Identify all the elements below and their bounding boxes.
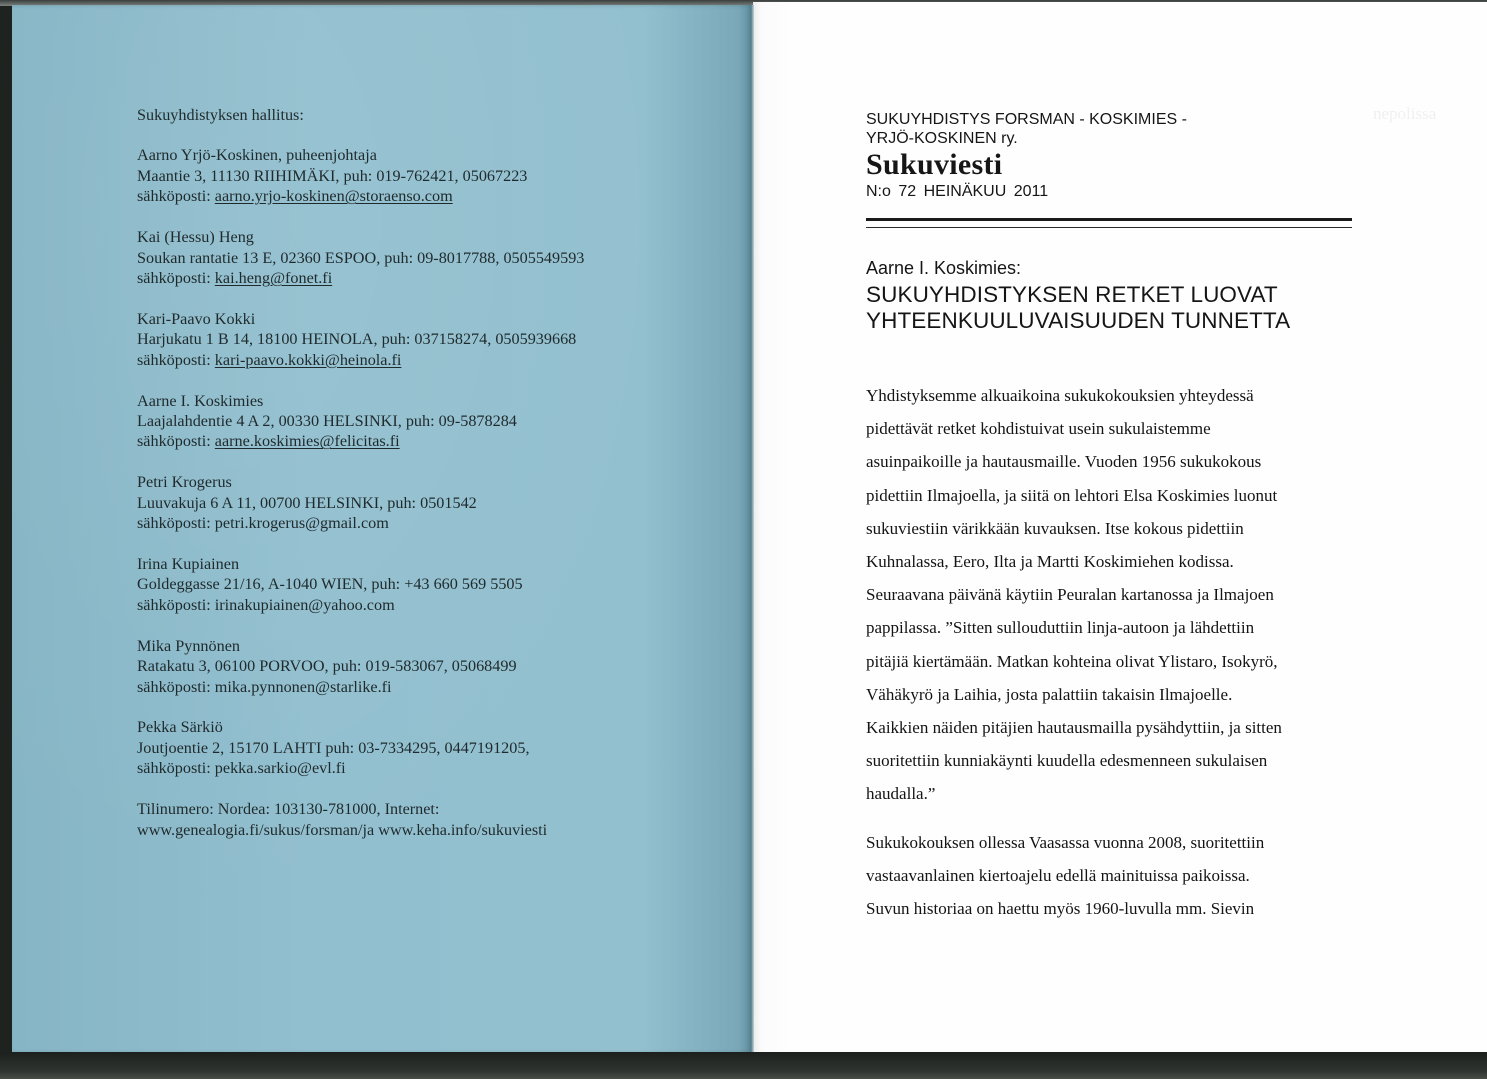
member-email[interactable]: aarne.koskimies@felicitas.fi	[215, 432, 400, 450]
member-address: Soukan rantatie 13 E, 02360 ESPOO, puh: …	[137, 248, 697, 268]
email-label: sähköposti:	[137, 351, 215, 369]
paragraph-line: pidettävät retket kohdistuivat usein suk…	[866, 412, 1386, 445]
board-member: Kai (Hessu) HengSoukan rantatie 13 E, 02…	[137, 227, 697, 288]
member-address: Joutjoentie 2, 15170 LAHTI puh: 03-73342…	[137, 738, 697, 758]
article-title: SUKUYHDISTYKSEN RETKET LUOVAT YHTEENKUUL…	[866, 282, 1426, 333]
email-label: sähköposti:	[137, 432, 215, 450]
email-label: sähköposti:	[137, 187, 215, 205]
website-links-line: www.genealogia.fi/sukus/forsman/ja www.k…	[137, 820, 697, 840]
email-label: sähköposti:	[137, 596, 215, 614]
board-member: Aarne I. KoskimiesLaajalahdentie 4 A 2, …	[137, 391, 697, 452]
member-name: Aarne I. Koskimies	[137, 391, 697, 411]
member-address: Goldeggasse 21/16, A-1040 WIEN, puh: +43…	[137, 574, 697, 594]
paragraph-line: pappilassa. ”Sitten sullouduttiin linja-…	[866, 611, 1386, 644]
board-heading: Sukuyhdistyksen hallitus:	[137, 105, 697, 125]
left-page-board-contacts: Sukuyhdistyksen hallitus: Aarno Yrjö-Kos…	[12, 5, 753, 1053]
article-author: Aarne I. Koskimies:	[866, 258, 1426, 279]
member-email: irinakupiainen@yahoo.com	[215, 596, 395, 614]
paragraph-line: Sukukokouksen ollessa Vaasassa vuonna 20…	[866, 826, 1386, 859]
paragraph-line: Yhdistyksemme alkuaikoina sukukokouksien…	[866, 379, 1386, 412]
member-email: petri.krogerus@gmail.com	[215, 514, 389, 532]
member-email: pekka.sarkio@evl.fi	[215, 759, 346, 777]
email-label: sähköposti:	[137, 759, 215, 777]
right-page-article: nepolissa SUKUYHDISTYS FORSMAN - KOSKIMI…	[753, 2, 1487, 1052]
article-title-line: YHTEENKUULUVAISUUDEN TUNNETTA	[866, 308, 1426, 334]
board-contact-list: Sukuyhdistyksen hallitus: Aarno Yrjö-Kos…	[137, 105, 697, 840]
article-header: Aarne I. Koskimies: SUKUYHDISTYKSEN RETK…	[866, 258, 1426, 333]
masthead-double-rule	[866, 218, 1352, 228]
paragraph-line: Seuraavana päivänä käytiin Peuralan kart…	[866, 578, 1386, 611]
member-email-line: sähköposti: aarno.yrjo-koskinen@storaens…	[137, 186, 697, 206]
paragraph-line: sukuviestiin värikkään kuvauksen. Itse k…	[866, 512, 1386, 545]
member-email-line: sähköposti: aarne.koskimies@felicitas.fi	[137, 431, 697, 451]
member-name: Mika Pynnönen	[137, 636, 697, 656]
issue-number-date: N:o 72 HEINÄKUU 2011	[866, 182, 1386, 202]
magazine-title: Sukuviesti	[866, 149, 1386, 181]
paragraph-line: Kaikkien näiden pitäjien hautausmailla p…	[866, 711, 1386, 744]
paragraph-line: Suvun historiaa on haettu myös 1960-luvu…	[866, 892, 1386, 925]
member-email[interactable]: kari-paavo.kokki@heinola.fi	[215, 351, 402, 369]
member-address: Luuvakuja 6 A 11, 00700 HELSINKI, puh: 0…	[137, 493, 697, 513]
member-email[interactable]: aarno.yrjo-koskinen@storaenso.com	[215, 187, 453, 205]
member-name: Irina Kupiainen	[137, 554, 697, 574]
member-email-line: sähköposti: irinakupiainen@yahoo.com	[137, 595, 697, 615]
organization-name: SUKUYHDISTYS FORSMAN - KOSKIMIES - YRJÖ-…	[866, 110, 1206, 148]
member-name: Kai (Hessu) Heng	[137, 227, 697, 247]
paragraph-line: pidettiin Ilmajoella, ja siitä on lehtor…	[866, 479, 1386, 512]
book-gutter	[751, 5, 754, 1053]
paragraph-line: suoritettiin kunniakäynti kuudella edesm…	[866, 744, 1386, 777]
board-members: Aarno Yrjö-Koskinen, puheenjohtajaMaanti…	[137, 145, 697, 778]
email-label: sähköposti:	[137, 269, 215, 287]
article-paragraph: Sukukokouksen ollessa Vaasassa vuonna 20…	[866, 826, 1386, 926]
member-email-line: sähköposti: petri.krogerus@gmail.com	[137, 513, 697, 533]
board-member: Irina KupiainenGoldeggasse 21/16, A-1040…	[137, 554, 697, 615]
paragraph-line: Kuhnalassa, Eero, Ilta ja Martti Koskimi…	[866, 545, 1386, 578]
member-email: mika.pynnonen@starlike.fi	[215, 678, 392, 696]
email-label: sähköposti:	[137, 514, 215, 532]
paragraph-line: pitäjiä kiertämään. Matkan kohteina oliv…	[866, 645, 1386, 678]
paragraph-line: haudalla.”	[866, 777, 1386, 810]
board-member: Petri KrogerusLuuvakuja 6 A 11, 00700 HE…	[137, 472, 697, 533]
paragraph-line: asuinpaikoille ja hautausmaille. Vuoden …	[866, 445, 1386, 478]
article-body: Yhdistyksemme alkuaikoina sukukokouksien…	[866, 379, 1386, 940]
article-title-line: SUKUYHDISTYKSEN RETKET LUOVAT	[866, 282, 1426, 308]
member-address: Maantie 3, 11130 RIIHIMÄKI, puh: 019-762…	[137, 166, 697, 186]
member-email[interactable]: kai.heng@fonet.fi	[215, 269, 332, 287]
paragraph-line: Vähäkyrö ja Laihia, josta palattiin taka…	[866, 678, 1386, 711]
member-name: Petri Krogerus	[137, 472, 697, 492]
association-footer-info: Tilinumero: Nordea: 103130-781000, Inter…	[137, 799, 697, 840]
bank-account-line: Tilinumero: Nordea: 103130-781000, Inter…	[137, 799, 697, 819]
member-name: Kari-Paavo Kokki	[137, 309, 697, 329]
email-label: sähköposti:	[137, 678, 215, 696]
board-member: Mika PynnönenRatakatu 3, 06100 PORVOO, p…	[137, 636, 697, 697]
board-member: Aarno Yrjö-Koskinen, puheenjohtajaMaanti…	[137, 145, 697, 206]
masthead: SUKUYHDISTYS FORSMAN - KOSKIMIES - YRJÖ-…	[866, 110, 1386, 202]
paragraph-line: vastaavanlainen kiertoajelu edellä maini…	[866, 859, 1386, 892]
member-address: Laajalahdentie 4 A 2, 00330 HELSINKI, pu…	[137, 411, 697, 431]
board-member: Kari-Paavo KokkiHarjukatu 1 B 14, 18100 …	[137, 309, 697, 370]
member-name: Pekka Särkiö	[137, 717, 697, 737]
member-email-line: sähköposti: mika.pynnonen@starlike.fi	[137, 677, 697, 697]
member-email-line: sähköposti: pekka.sarkio@evl.fi	[137, 758, 697, 778]
article-paragraph: Yhdistyksemme alkuaikoina sukukokouksien…	[866, 379, 1386, 811]
board-member: Pekka SärkiöJoutjoentie 2, 15170 LAHTI p…	[137, 717, 697, 778]
scan-bottom-edge	[0, 1052, 1487, 1079]
member-name: Aarno Yrjö-Koskinen, puheenjohtaja	[137, 145, 697, 165]
member-address: Harjukatu 1 B 14, 18100 HEINOLA, puh: 03…	[137, 329, 697, 349]
member-email-line: sähköposti: kai.heng@fonet.fi	[137, 268, 697, 288]
member-address: Ratakatu 3, 06100 PORVOO, puh: 019-58306…	[137, 656, 697, 676]
member-email-line: sähköposti: kari-paavo.kokki@heinola.fi	[137, 350, 697, 370]
